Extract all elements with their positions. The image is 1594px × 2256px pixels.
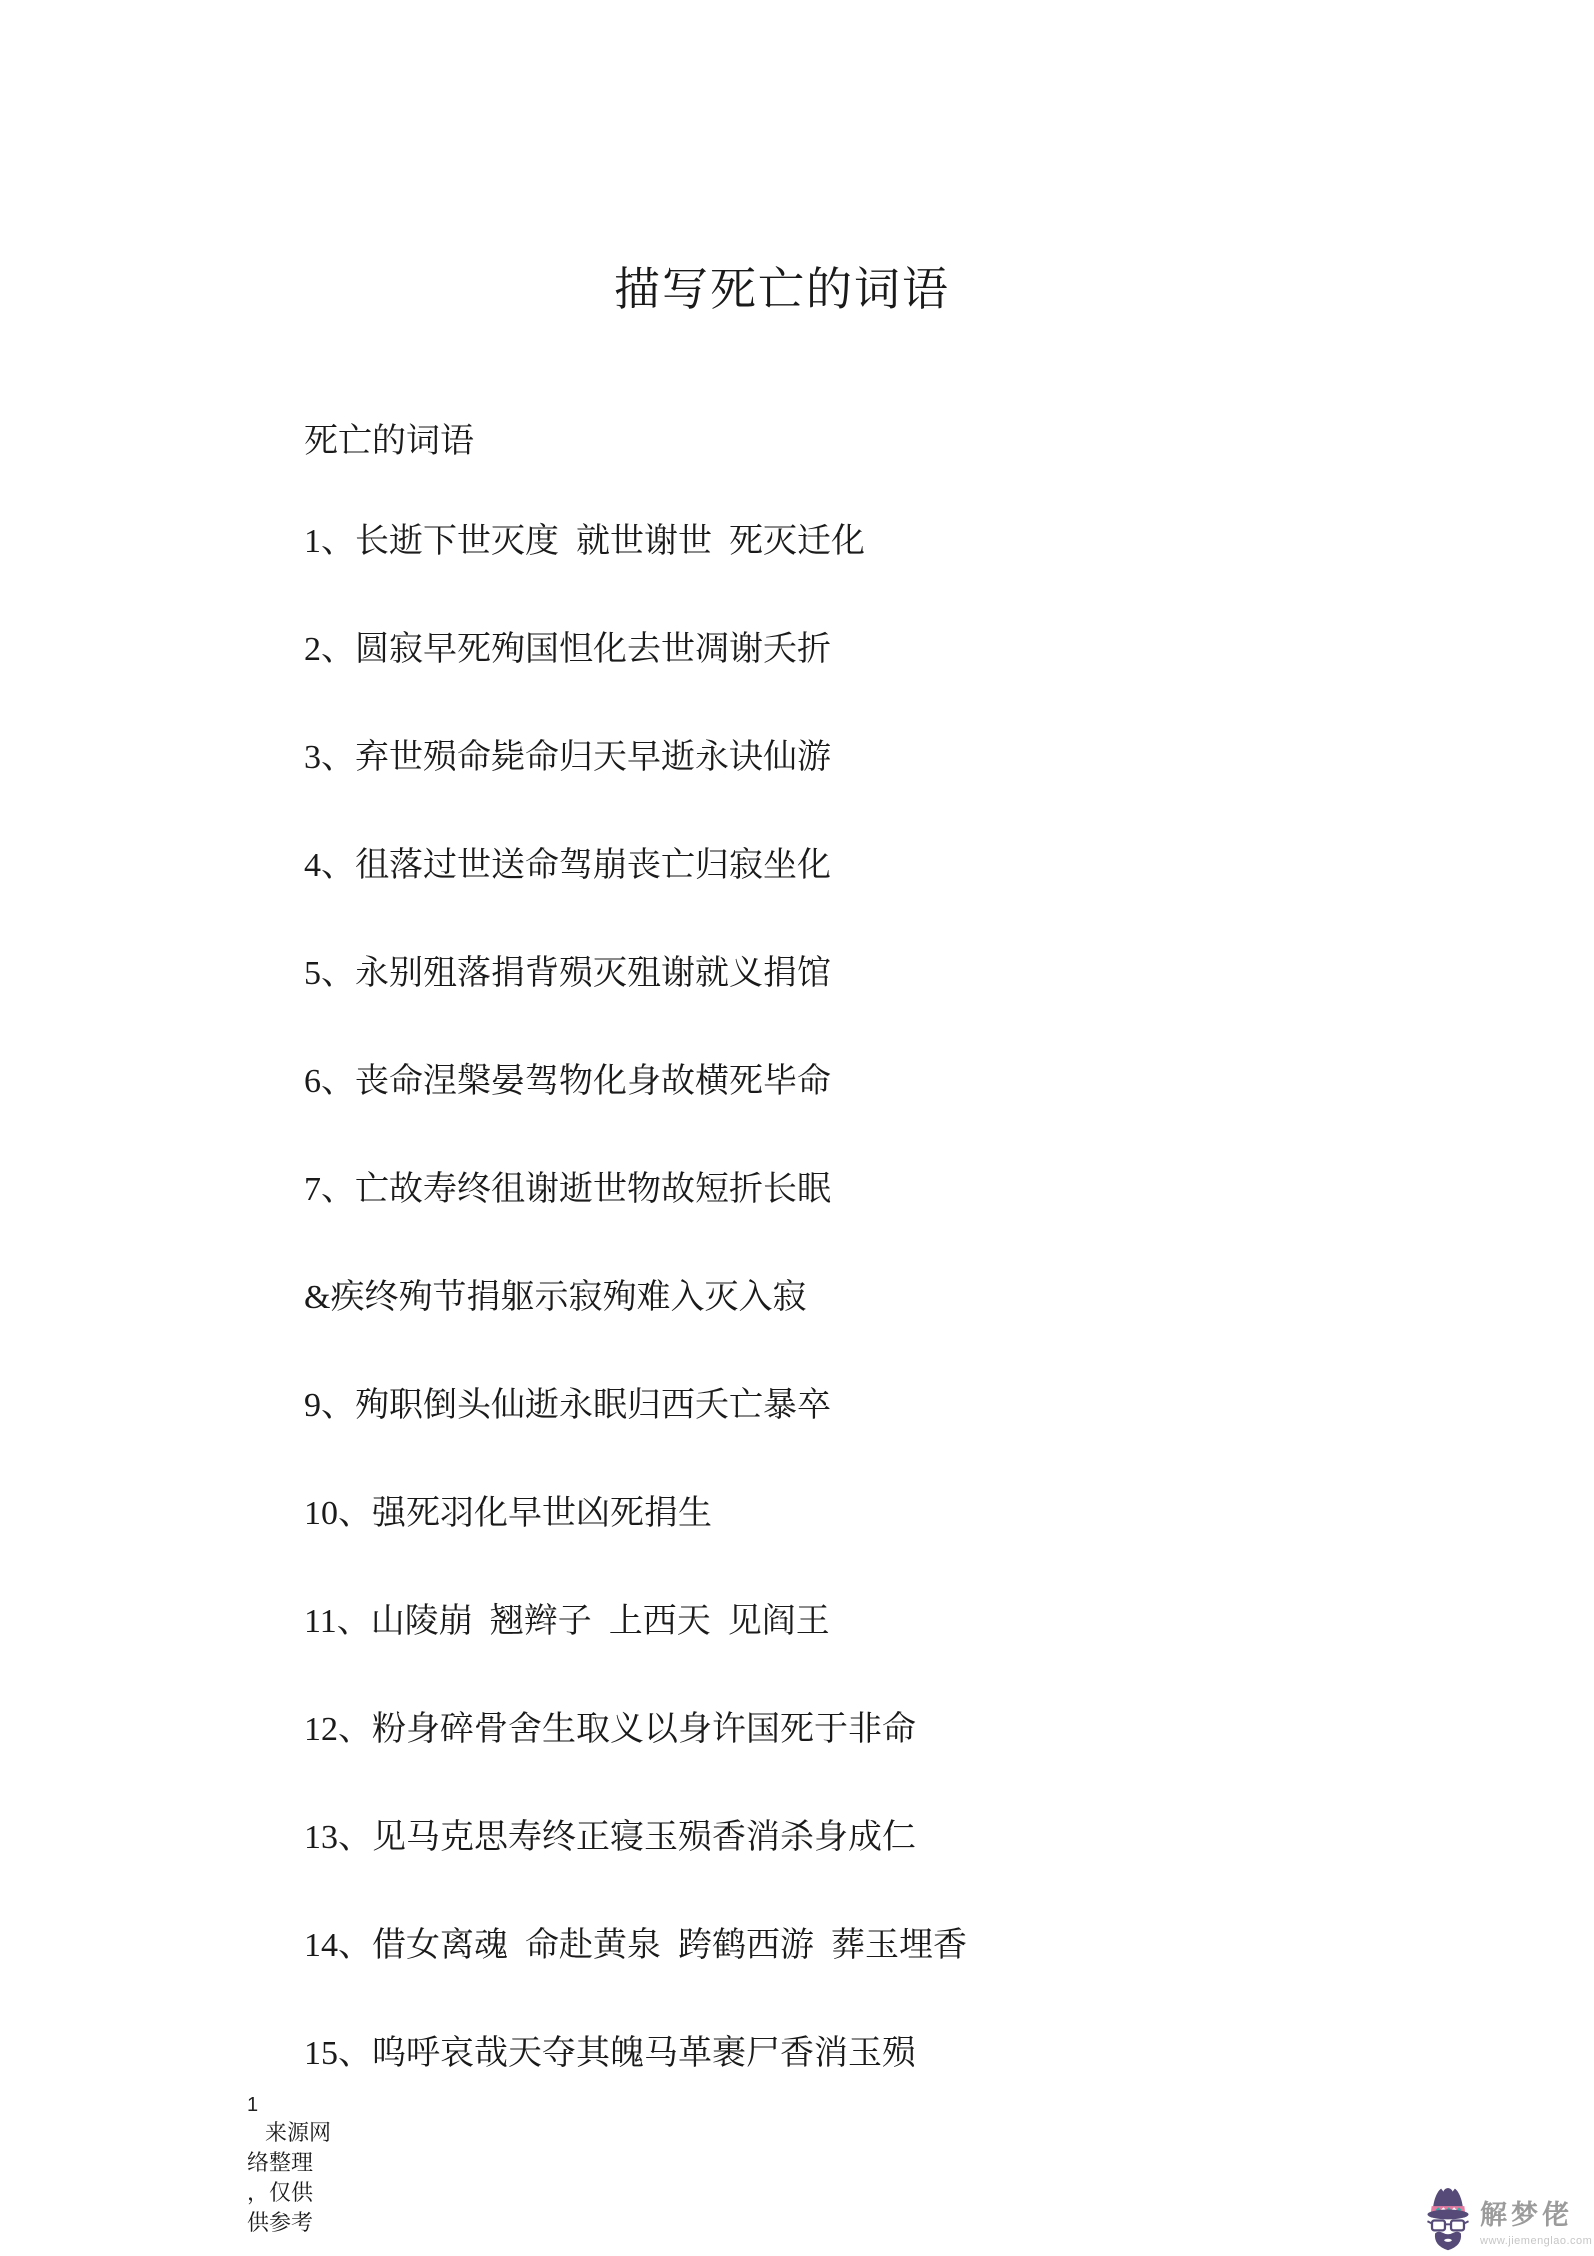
source-note-line: 来源网 xyxy=(247,2118,365,2148)
list-item: 11、山陵崩 翘辫子 上西天 见阎王 xyxy=(304,1600,1260,1644)
list-item: 7、亡故寿终徂谢逝世物故短折长眠 xyxy=(304,1168,1260,1212)
watermark-text: 解梦佬 www.jiemenglao.com xyxy=(1480,2184,1592,2248)
watermark: 解梦佬 www.jiemenglao.com xyxy=(1424,2184,1592,2254)
source-note-line: ，仅供 xyxy=(247,2178,365,2208)
list-item: 4、徂落过世送命驾崩丧亡归寂坐化 xyxy=(304,844,1260,888)
page-footer: 1 来源网 络整理 ，仅供 供参考 xyxy=(247,2092,365,2238)
page-number: 1 xyxy=(247,2092,365,2118)
document-page: 描写死亡的词语 死亡的词语 1、长逝下世灭度 就世谢世 死灭迁化 2、圆寂早死殉… xyxy=(0,0,1594,2256)
list-item: 1、长逝下世灭度 就世谢世 死灭迁化 xyxy=(304,520,1260,564)
list-item: 3、弃世殒命毙命归天早逝永诀仙游 xyxy=(304,736,1260,780)
list-item: 10、强死羽化早世凶死捐生 xyxy=(304,1492,1260,1536)
source-note-line: 供参考 xyxy=(247,2208,365,2238)
list-item: 9、殉职倒头仙逝永眠归西夭亡暴卒 xyxy=(304,1384,1260,1428)
list-item: 6、丧命涅槃晏驾物化身故横死毕命 xyxy=(304,1060,1260,1104)
list-item: 12、粉身碎骨舍生取义以身许国死于非命 xyxy=(304,1708,1260,1752)
list-item: 2、圆寂早死殉国怛化去世凋谢夭折 xyxy=(304,628,1260,672)
list-item: 14、借女离魂 命赴黄泉 跨鹤西游 葬玉埋香 xyxy=(304,1924,1260,1968)
subtitle: 死亡的词语 xyxy=(304,420,1260,464)
watermark-brand: 解梦佬 xyxy=(1480,2200,1592,2230)
watermark-url: www.jiemenglao.com xyxy=(1480,2234,1592,2248)
list-item: &疾终殉节捐躯示寂殉难入灭入寂 xyxy=(304,1276,1260,1320)
list-item: 13、见马克思寿终正寝玉殒香消杀身成仁 xyxy=(304,1816,1260,1860)
page-title: 描写死亡的词语 xyxy=(304,262,1260,318)
source-note: 来源网 络整理 ，仅供 供参考 xyxy=(247,2118,365,2238)
fedora-man-icon xyxy=(1424,2184,1472,2254)
list-item: 15、呜呼哀哉天夺其魄马革裹尸香消玉殒 xyxy=(304,2032,1260,2076)
document-content: 描写死亡的词语 死亡的词语 1、长逝下世灭度 就世谢世 死灭迁化 2、圆寂早死殉… xyxy=(304,262,1260,2140)
list-item: 5、永别殂落捐背殒灭殂谢就义捐馆 xyxy=(304,952,1260,996)
source-note-line: 络整理 xyxy=(247,2148,365,2178)
